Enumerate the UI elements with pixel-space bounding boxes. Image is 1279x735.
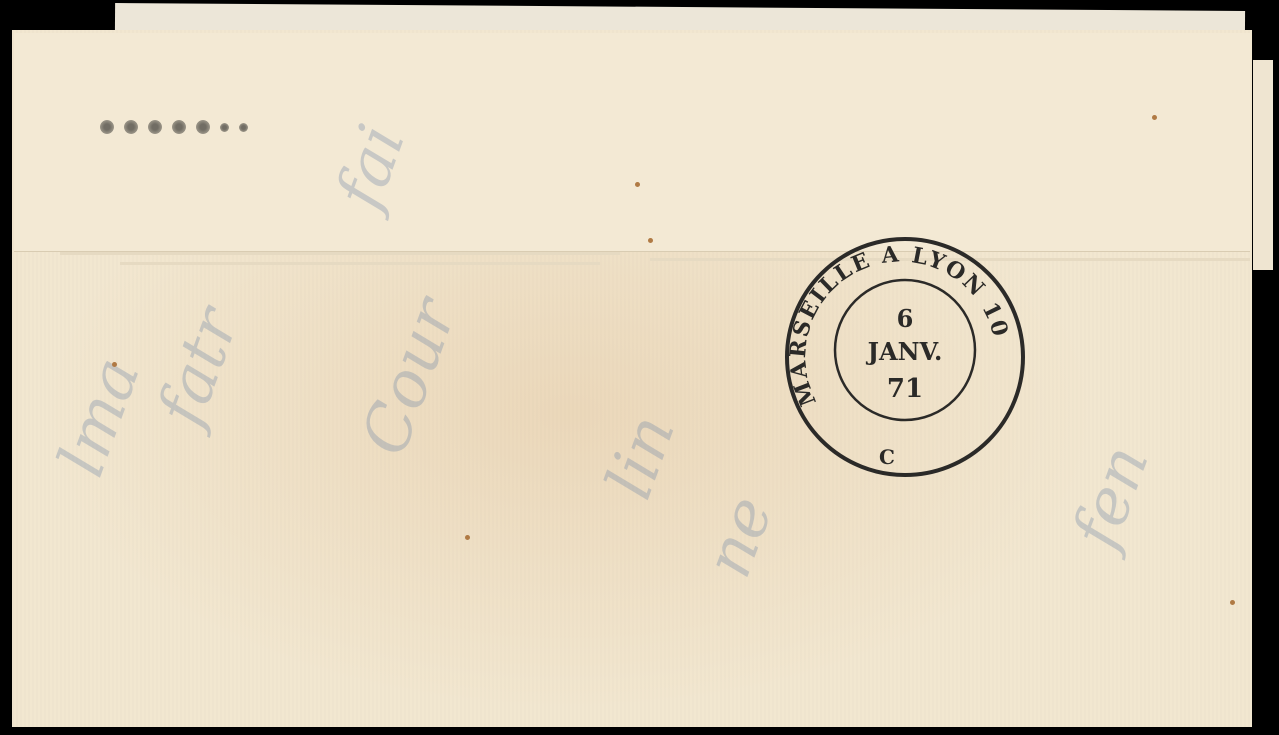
- foxing-spot: [1152, 115, 1157, 120]
- foxing-spot: [635, 182, 640, 187]
- postmark-day: 6: [897, 304, 914, 333]
- fold-edge: [120, 262, 600, 265]
- foxing-spot: [465, 535, 470, 540]
- dot: [124, 120, 138, 134]
- fold-edge: [60, 252, 620, 255]
- foxing-spot: [112, 362, 117, 367]
- dot: [100, 120, 114, 134]
- dot: [196, 120, 210, 134]
- foxing-spot: [648, 238, 653, 243]
- dotted-cancel-mark: [100, 120, 248, 134]
- right-flap-edge: [1253, 60, 1273, 270]
- postmark-month: JANV.: [866, 337, 943, 366]
- dot: [239, 123, 248, 132]
- folded-flap: [14, 33, 1250, 252]
- dot: [220, 123, 229, 132]
- foxing-spot: [1230, 600, 1235, 605]
- postmark-year: 71: [887, 374, 923, 404]
- dot: [172, 120, 186, 134]
- postmark-letter: C: [879, 445, 895, 469]
- dot: [148, 120, 162, 134]
- postmark-stamp: MARSEILLE A LYON 10 6 JANV. 71 C: [777, 232, 1033, 482]
